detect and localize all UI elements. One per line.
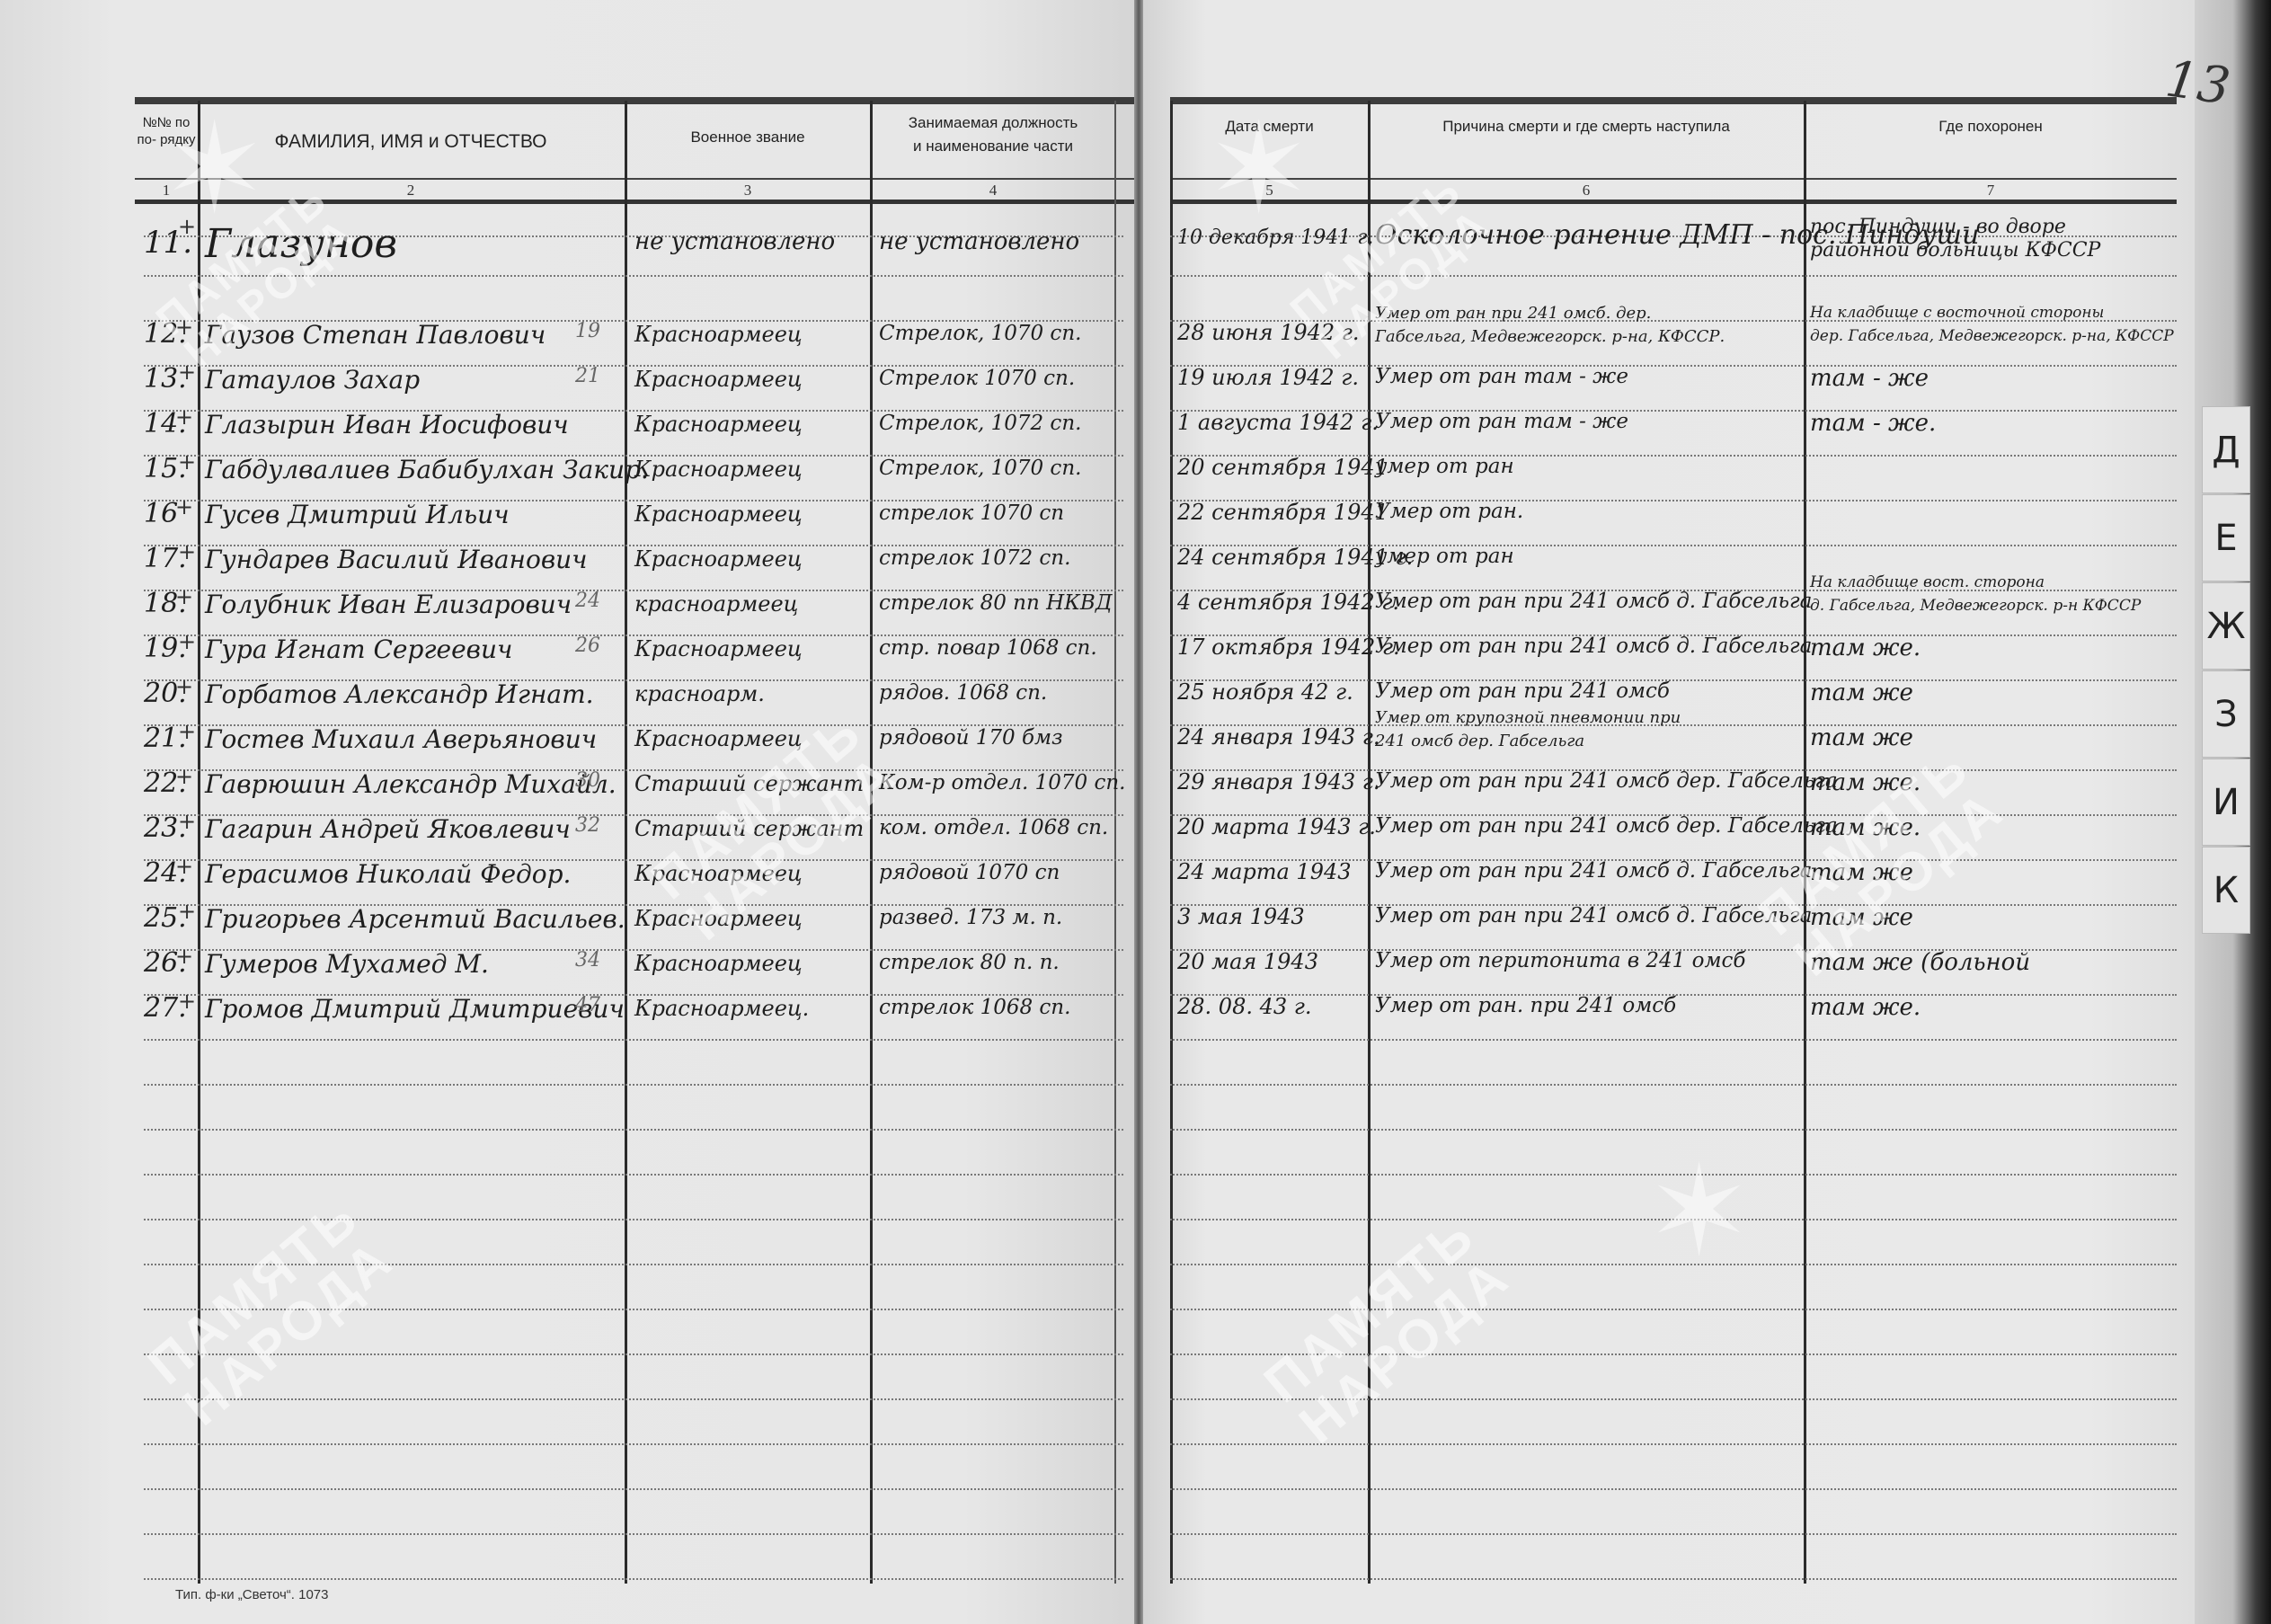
burial-place-cell: там же.	[1810, 994, 2169, 1022]
burial-place-cell: там же.	[1810, 635, 2169, 662]
page-number: 13	[2162, 49, 2234, 116]
burial-place-cell: там же	[1810, 904, 2169, 932]
fullname-cell: Габдулвалиев Бабибулхан Закир.	[205, 455, 649, 484]
death-date-cell: 24 января 1943 г.	[1177, 724, 1380, 750]
header-col-cause: Причина смерти и где смерть наступила	[1371, 115, 1802, 138]
fullname-cell: Голубник Иван Елизарович	[205, 590, 572, 619]
colnum-5: 5	[1173, 182, 1366, 200]
death-date-cell: 20 марта 1943 г.	[1177, 814, 1376, 839]
fullname-cell: Гаврюшин Александр Михайл.	[205, 769, 617, 799]
age-cell: 24	[575, 590, 600, 612]
rank-cell: красноарм.	[634, 681, 765, 706]
col-divider-2	[625, 101, 627, 1584]
header-col-position-line1: Занимаемая должность	[873, 111, 1113, 135]
age-cell: 19	[575, 320, 600, 342]
age-cell: 30	[575, 769, 600, 792]
death-date-cell: 1 августа 1942 г.	[1177, 410, 1379, 435]
fullname-cell: Горбатов Александр Игнат.	[205, 679, 594, 709]
rank-cell: Старший сержант	[634, 816, 864, 841]
rank-cell: Красноармеец	[634, 861, 803, 886]
ruled-line	[1170, 1578, 2177, 1580]
index-tab[interactable]: Е	[2202, 494, 2250, 581]
ruled-line	[144, 1578, 1123, 1580]
cross-mark-icon: +	[175, 944, 193, 969]
cross-mark-icon: +	[178, 719, 196, 744]
ruled-line	[144, 1084, 1123, 1086]
col-divider-1	[198, 101, 200, 1584]
position-cell: стрелок 1068 сп.	[879, 996, 1070, 1019]
burial-place-cell: там же (больной	[1810, 949, 2169, 977]
death-date-cell: 20 мая 1943	[1177, 949, 1318, 974]
ruled-line	[144, 275, 1123, 277]
colnum-4: 4	[873, 182, 1113, 200]
rank-cell: Красноармеец	[634, 906, 803, 931]
fullname-cell: Гумеров Мухамед М.	[205, 949, 489, 979]
rank-cell: красноармеец	[634, 591, 798, 617]
death-date-cell: 25 ноября 42 г.	[1177, 679, 1353, 705]
burial-place-cell-line2: дер. Габсельга, Медвежегорск. р-на, КФСС…	[1810, 327, 2174, 345]
header-mid-rule	[1170, 178, 2177, 180]
death-cause-cell: Умер от крупозной пневмонии при	[1375, 708, 1681, 727]
death-date-cell: 3 мая 1943	[1177, 904, 1305, 929]
burial-place-cell: там же	[1810, 859, 2169, 887]
index-tab[interactable]: Д	[2202, 406, 2250, 493]
death-cause-cell: Умер от ран. при 241 омсб	[1375, 994, 1676, 1017]
ruled-line	[1170, 1219, 2177, 1220]
rank-cell: Красноармеец	[634, 322, 803, 347]
ruled-line	[1170, 1488, 2177, 1490]
ruled-line	[1170, 1084, 2177, 1086]
right-page: Дата смерти Причина смерти и где смерть …	[1143, 0, 2195, 1624]
ruled-line	[1170, 1264, 2177, 1265]
ruled-line	[1170, 1443, 2177, 1445]
rank-cell: Красноармеец	[634, 546, 803, 572]
cross-mark-icon: +	[175, 764, 193, 789]
position-cell: стрелок 1070 сп	[879, 501, 1064, 525]
age-cell: 21	[575, 365, 600, 387]
death-date-cell: 4 сентября 1942 г.	[1177, 590, 1399, 615]
ruled-line	[1170, 1533, 2177, 1535]
age-cell: 47	[575, 994, 600, 1016]
position-cell: Стрелок, 1070 сп.	[879, 322, 1081, 345]
position-cell: стр. повар 1068 сп.	[879, 636, 1097, 660]
cross-mark-icon: +	[178, 359, 196, 385]
header-bottom-rule	[1170, 200, 2177, 204]
index-tab[interactable]: Ж	[2202, 582, 2250, 670]
fullname-cell: Герасимов Николай Федор.	[205, 859, 571, 889]
rank-cell: Красноармеец	[634, 412, 803, 437]
death-cause-cell: умер от ран	[1375, 545, 1514, 568]
position-cell: ком. отдел. 1068 сп.	[879, 816, 1108, 839]
death-cause-cell-line2: Габсельга, Медвежегорск. р-на, КФССР.	[1375, 327, 1725, 346]
col-divider-4	[1114, 101, 1116, 1584]
fullname-cell: Гура Игнат Сергеевич	[205, 635, 512, 664]
burial-place-cell: там же	[1810, 724, 2169, 752]
death-cause-cell: Умер от ран.	[1375, 500, 1523, 523]
header-col-position: Занимаемая должность и наименование част…	[873, 111, 1113, 157]
row-number: 16	[144, 498, 178, 529]
burial-place-cell: там же.	[1810, 769, 2169, 797]
rank-cell: Красноармеец	[634, 726, 803, 751]
cross-mark-icon: +	[175, 854, 193, 879]
age-cell: 32	[575, 814, 600, 837]
death-date-cell: 22 сентября 1941	[1177, 500, 1388, 525]
header-col-rank: Военное звание	[627, 126, 868, 149]
cross-mark-icon: +	[178, 989, 196, 1014]
ruled-line	[144, 1039, 1123, 1041]
fullname-cell: Глазырин Иван Иосифович	[205, 410, 569, 439]
ruled-line	[144, 1309, 1123, 1310]
position-cell: рядовой 170 бмз	[879, 726, 1063, 750]
col-divider-6	[1804, 101, 1806, 1584]
cross-mark-icon: +	[178, 809, 196, 834]
ruled-line	[1170, 1398, 2177, 1400]
death-cause-cell: Умер от ран при 241 омсб. дер.	[1375, 304, 1651, 323]
ruled-line	[144, 1488, 1123, 1490]
header-col-fullname: ФАМИЛИЯ, ИМЯ и ОТЧЕСТВО	[200, 128, 622, 156]
burial-place-cell: там - же	[1810, 365, 2169, 393]
burial-place-cell: там же	[1810, 679, 2169, 707]
ruled-line	[1170, 1039, 2177, 1041]
ruled-line	[1170, 1309, 2177, 1310]
rank-cell: Красноармеец	[634, 367, 803, 392]
header-top-rule	[1170, 97, 2177, 104]
position-cell: Стрелок, 1072 сп.	[879, 412, 1081, 435]
book-spine	[1134, 0, 1143, 1624]
cross-mark-icon: +	[178, 214, 196, 239]
ruled-line	[144, 1533, 1123, 1535]
ruled-line	[1170, 275, 2177, 277]
rank-cell: Красноармеец	[634, 636, 803, 661]
index-tab[interactable]: К	[2202, 847, 2250, 934]
colnum-3: 3	[627, 182, 868, 200]
death-date-cell: 28. 08. 43 г.	[1177, 994, 1312, 1019]
colnum-7: 7	[1806, 182, 2175, 200]
fullname-cell: Гаузов Степан Павлович	[205, 320, 546, 350]
fullname-cell: Гатаулов Захар	[205, 365, 420, 395]
death-cause-cell: умер от ран	[1375, 455, 1514, 478]
index-tab[interactable]: З	[2202, 670, 2250, 758]
burial-place-cell: На кладбище с восточной стороны	[1810, 304, 2169, 322]
death-cause-cell: Умер от ран при 241 омсб д. Габсельга	[1375, 859, 1812, 883]
death-cause-cell: Умер от ран при 241 омсб д. Габсельга	[1375, 590, 1812, 613]
death-date-cell: 10 декабря 1941 г.	[1177, 226, 1373, 249]
death-date-cell: 17 октября 1942 г.	[1177, 635, 1400, 660]
header-col-position-line2: и наименование части	[873, 135, 1113, 158]
burial-place-cell: там же.	[1810, 814, 2169, 842]
ruled-line	[144, 1219, 1123, 1220]
rank-cell: не установлено	[634, 228, 835, 255]
header-mid-rule	[135, 178, 1134, 180]
ruled-line	[144, 1264, 1123, 1265]
fullname-cell: Гусев Дмитрий Ильич	[205, 500, 510, 529]
death-date-cell: 28 июня 1942 г.	[1177, 320, 1360, 345]
ruled-line	[1170, 1129, 2177, 1131]
burial-place-cell: пос. Пиндуши - во дворе районной больниц…	[1810, 216, 2169, 263]
cross-mark-icon: +	[178, 449, 196, 475]
death-cause-cell: Умер от ран при 241 омсб д. Габсельга	[1375, 904, 1812, 927]
burial-place-cell: На кладбище вост. сторона	[1810, 573, 2169, 591]
burial-place-cell: там - же.	[1810, 410, 2169, 438]
index-tab[interactable]: И	[2202, 759, 2250, 846]
fullname-cell: Глазунов	[205, 221, 397, 267]
age-cell: 26	[575, 635, 600, 657]
death-cause-cell: Умер от ран при 241 омсб д. Габсельга	[1375, 635, 1812, 658]
death-date-cell: 20 сентября 1941	[1177, 455, 1388, 480]
position-cell: Стрелок 1070 сп.	[879, 367, 1075, 390]
death-cause-cell: Умер от ран там - же	[1375, 410, 1628, 433]
position-cell: стрелок 80 п. п.	[879, 951, 1060, 974]
ruled-line	[144, 1129, 1123, 1131]
col-divider-3	[870, 101, 873, 1584]
death-cause-cell: Умер от ран при 241 омсб дер. Габсельга	[1375, 814, 1838, 838]
fullname-cell: Гостев Михаил Аверьянович	[205, 724, 597, 754]
ruled-line	[144, 1174, 1123, 1176]
rank-cell: Старший сержант	[634, 771, 864, 796]
position-cell: рядов. 1068 сп.	[879, 681, 1047, 705]
cross-mark-icon: +	[175, 584, 193, 609]
burial-place-cell-line2: д. Габсельга, Медвежегорск. р-н КФССР	[1810, 597, 2141, 615]
footer-imprint: Тип. ф-ки „Светоч“. 1073	[175, 1587, 329, 1602]
fullname-cell: Громов Дмитрий Дмитриевич	[205, 994, 625, 1024]
death-date-cell: 24 марта 1943	[1177, 859, 1352, 884]
fullname-cell: Григорьев Арсентий Васильев.	[205, 904, 625, 934]
cross-mark-icon: +	[178, 629, 196, 654]
colnum-2: 2	[200, 182, 622, 200]
death-cause-cell: Умер от перитонита в 241 омсб	[1375, 949, 1745, 972]
fullname-cell: Гагарин Андрей Яковлевич	[205, 814, 571, 844]
position-cell: рядовой 1070 сп	[879, 861, 1060, 884]
position-cell: не установлено	[879, 228, 1079, 255]
rank-cell: Красноармеец.	[634, 996, 809, 1021]
colnum-1: 1	[137, 182, 196, 200]
rank-cell: Красноармеец	[634, 951, 803, 976]
rank-cell: Красноармеец	[634, 501, 803, 527]
col-divider-5	[1368, 101, 1371, 1584]
position-cell: стрелок 80 пп НКВД	[879, 591, 1113, 615]
cross-mark-icon: +	[178, 539, 196, 564]
death-cause-cell-line2: 241 омсб дер. Габсельга	[1375, 732, 1584, 750]
colnum-6: 6	[1371, 182, 1802, 200]
rank-cell: Красноармеец	[634, 457, 803, 482]
cross-mark-icon: +	[175, 404, 193, 430]
position-cell: стрелок 1072 сп.	[879, 546, 1070, 570]
position-cell: развед. 173 м. п.	[879, 906, 1062, 929]
cross-mark-icon: +	[175, 494, 193, 519]
cross-mark-icon: +	[178, 899, 196, 924]
death-cause-cell: Умер от ран там - же	[1375, 365, 1628, 388]
death-date-cell: 29 января 1943 г.	[1177, 769, 1380, 794]
watermark: ПАМЯТЬНАРОДА	[1255, 1207, 1520, 1453]
position-cell: Ком-р отдел. 1070 сп.	[879, 771, 1125, 794]
cross-mark-icon: +	[175, 674, 193, 699]
age-cell: 34	[575, 949, 600, 972]
cross-mark-icon: +	[175, 315, 193, 340]
fullname-cell: Гундарев Василий Иванович	[205, 545, 588, 574]
death-cause-cell: Умер от ран при 241 омсб дер. Габсельга	[1375, 769, 1838, 793]
header-top-rule	[135, 97, 1134, 104]
left-page: №№ по по- рядку ФАМИЛИЯ, ИМЯ и ОТЧЕСТВО …	[0, 0, 1134, 1624]
ruled-line	[144, 1398, 1123, 1400]
col-divider-5-left	[1170, 101, 1173, 1584]
header-bottom-rule	[135, 200, 1134, 204]
position-cell: Стрелок, 1070 сп.	[879, 457, 1081, 480]
header-col-death-date: Дата смерти	[1173, 115, 1366, 138]
ruled-line	[144, 1353, 1123, 1355]
header-col-number: №№ по по- рядку	[137, 115, 196, 149]
ruled-line	[1170, 1174, 2177, 1176]
header-col-burial: Где похоронен	[1806, 115, 2175, 138]
death-cause-cell: Умер от ран при 241 омсб	[1375, 679, 1670, 703]
ruled-line	[1170, 1353, 2177, 1355]
watermark-star-icon: ✶	[1646, 1150, 1752, 1276]
ruled-line	[144, 1443, 1123, 1445]
death-date-cell: 19 июля 1942 г.	[1177, 365, 1359, 390]
